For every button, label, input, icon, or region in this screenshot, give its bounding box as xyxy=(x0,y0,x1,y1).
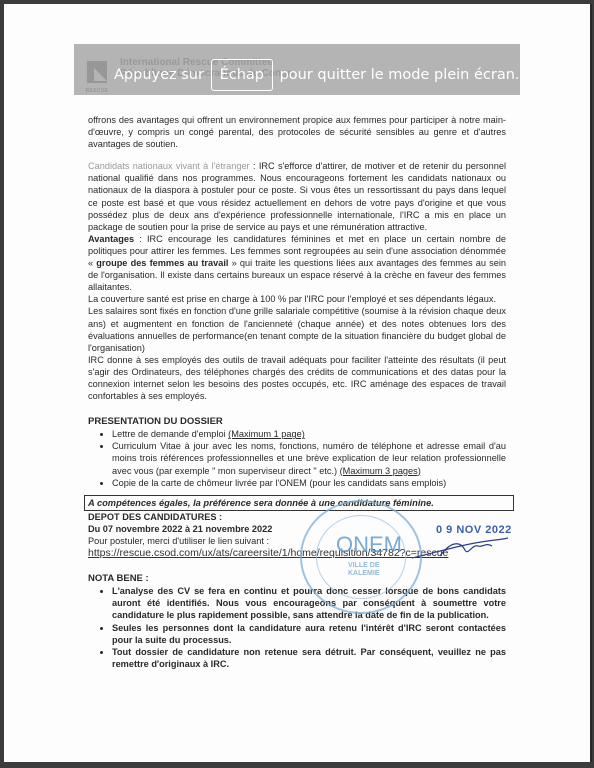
health-paragraph: La couverture santé est prise en charge … xyxy=(88,293,506,305)
dossier-item: Copie de la carte de chômeur livrée par … xyxy=(112,477,506,489)
diaspora-paragraph: Candidats nationaux vivant à l'étranger … xyxy=(88,160,506,233)
hint-prefix: Appuyez sur xyxy=(114,67,204,83)
dossier-item-text: Copie de la carte de chômeur livrée par … xyxy=(112,478,446,488)
diaspora-label: Candidats nationaux vivant à l'étranger xyxy=(88,161,250,171)
nota-item: Seules les personnes dont la candidature… xyxy=(112,622,506,646)
dossier-item: Curriculum Vitae à jour avec les noms, f… xyxy=(112,440,506,476)
nota-item: L'analyse des CV se fera en continu et p… xyxy=(112,585,506,621)
diaspora-text: : IRC s'efforce d'attirer, de motiver et… xyxy=(88,161,506,231)
intro-paragraph: offrons des avantages qui offrent un env… xyxy=(88,114,506,150)
association-name: groupe des femmes au travail xyxy=(96,258,228,268)
tools-paragraph: IRC donne à ses employés des outils de t… xyxy=(88,354,506,402)
document-body: offrons des avantages qui offrent un env… xyxy=(88,114,506,670)
dossier-list: Lettre de demande d'emploi (Maximum 1 pa… xyxy=(88,428,506,488)
avantages-label: Avantages xyxy=(88,234,134,244)
fullscreen-exit-hint: Appuyez sur Échap pour quitter le mode p… xyxy=(74,44,520,95)
avantages-paragraph: Avantages : IRC encourage les candidatur… xyxy=(88,233,506,293)
dossier-item-text: Curriculum Vitae à jour avec les noms, f… xyxy=(112,441,506,475)
nota-title: NOTA BENE : xyxy=(88,573,506,585)
salary-paragraph: Les salaires sont fixés en fonction d'un… xyxy=(88,305,506,353)
dossier-item-text: Lettre de demande d'emploi xyxy=(112,429,228,439)
signature-icon xyxy=(410,534,510,564)
hint-suffix: pour quitter le mode plein écran. xyxy=(280,67,520,83)
fullscreen-hint-text: Appuyez sur Échap pour quitter le mode p… xyxy=(114,59,520,91)
nota-list: L'analyse des CV se fera en continu et p… xyxy=(88,585,506,670)
onem-stamp: ONEM VILLE DE KALEMIE xyxy=(300,500,422,614)
stamp-sub2: KALEMIE xyxy=(348,570,380,578)
escape-key: Échap xyxy=(211,59,273,91)
depot-title: DEPOT DES CANDIDATURES : xyxy=(88,511,506,523)
stamp-location: VILLE DE KALEMIE xyxy=(348,562,380,578)
dossier-item-note: (Maximum 3 pages) xyxy=(340,466,421,476)
nota-item: Tout dossier de candidature non retenue … xyxy=(112,646,506,670)
preference-note: A compétences égales, la préférence sera… xyxy=(84,495,514,511)
dossier-item-note: (Maximum 1 page) xyxy=(228,429,305,439)
dossier-item: Lettre de demande d'emploi (Maximum 1 pa… xyxy=(112,428,506,440)
document-page: RESCUE International Rescue Committee Ré… xyxy=(4,4,592,762)
dossier-title: PRESENTATION DU DOSSIER xyxy=(88,416,506,428)
stamp-label: ONEM xyxy=(336,532,402,558)
stamp-sub1: VILLE DE xyxy=(348,562,380,570)
